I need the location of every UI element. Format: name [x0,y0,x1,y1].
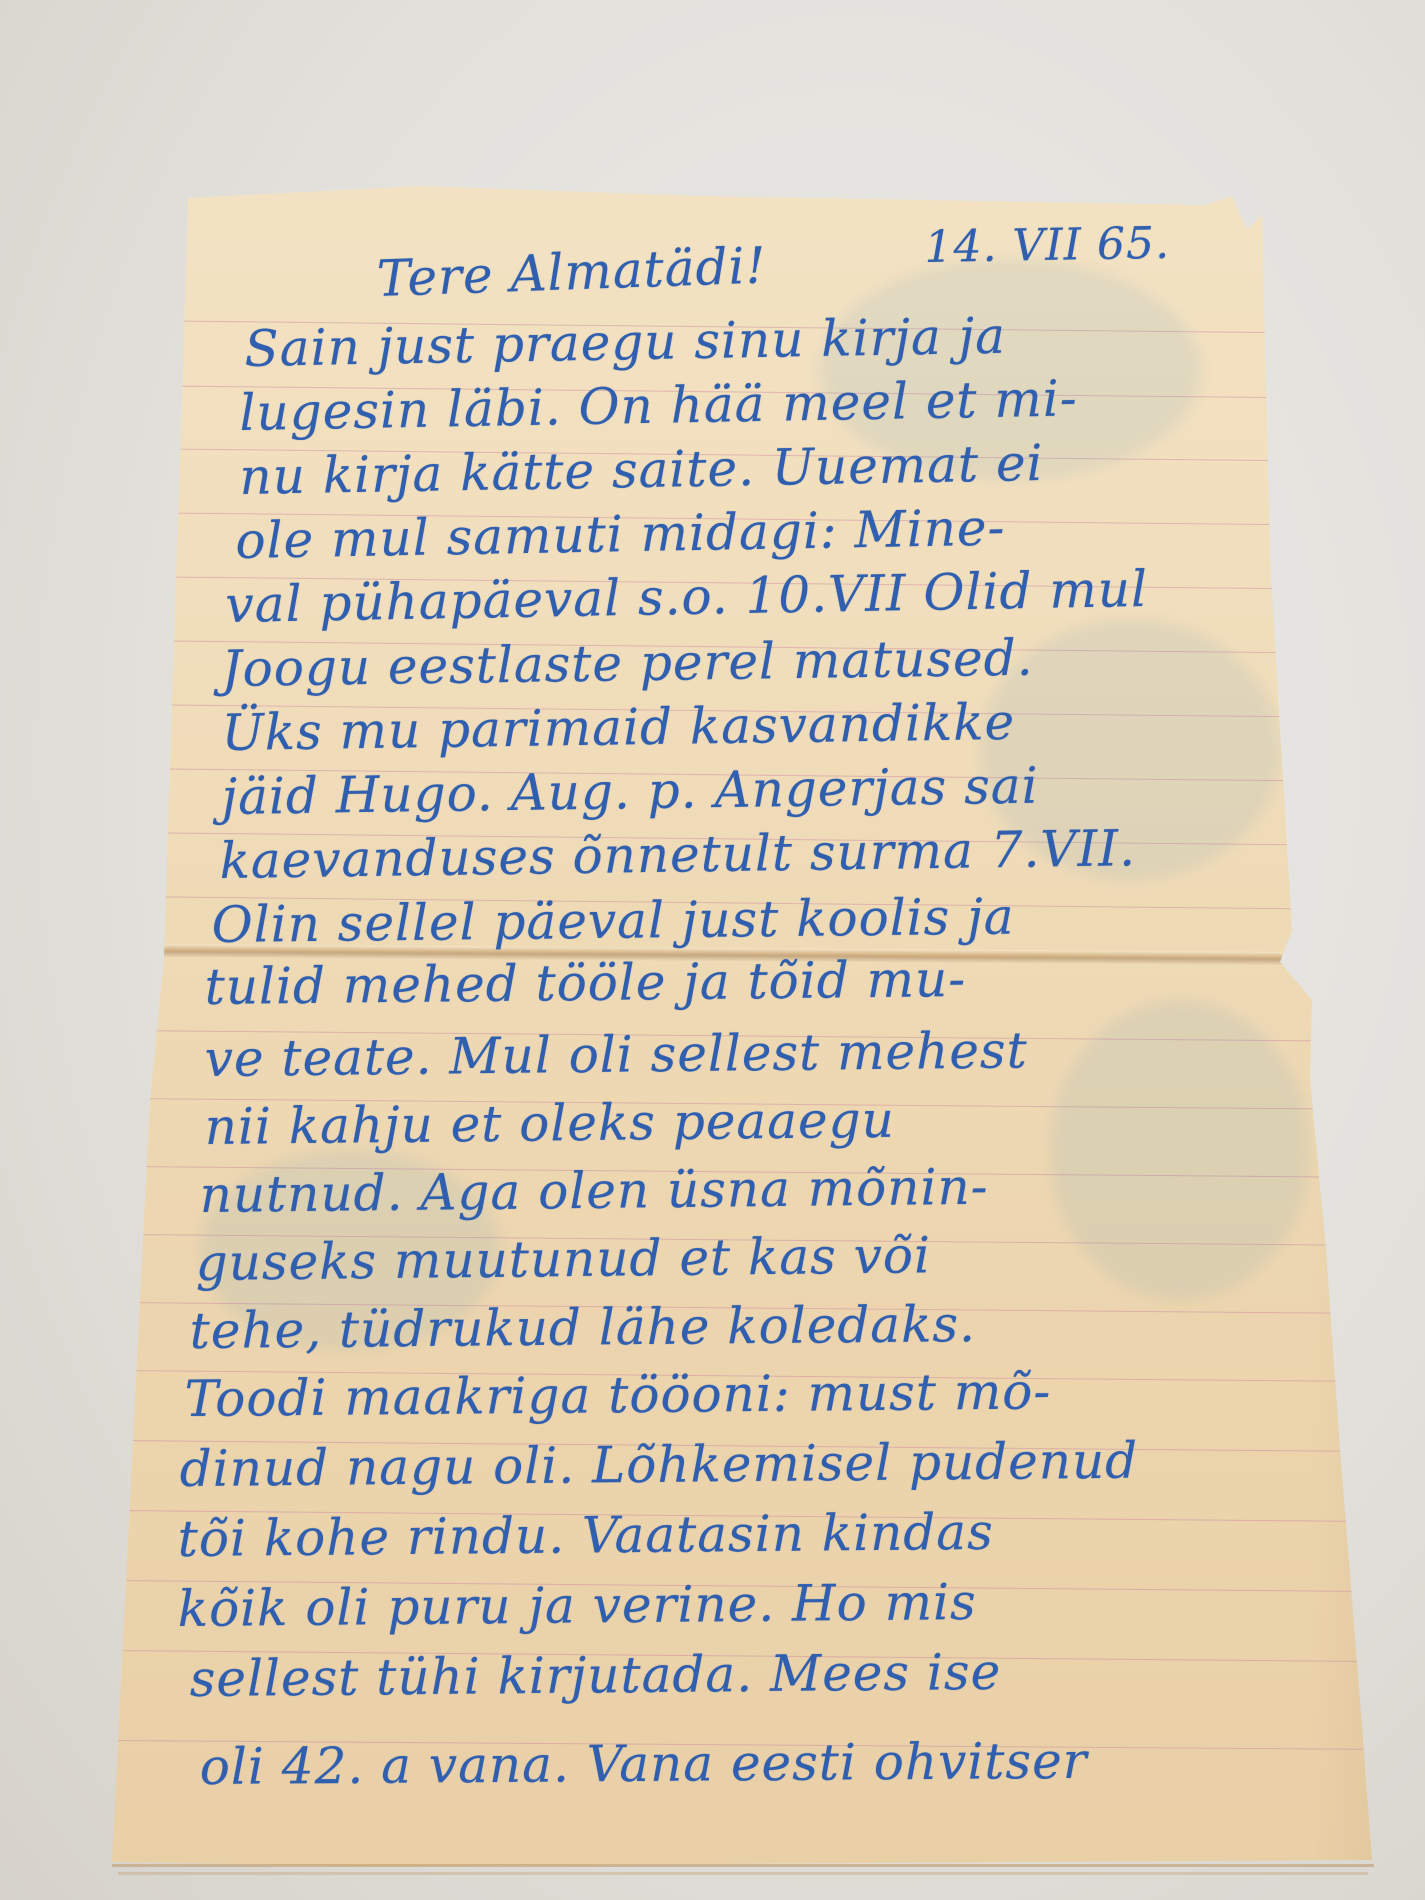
letter-greeting: Tere Almatädi! [376,236,768,308]
letter-line: nu kirja kätte saite. Uuemat ei [239,434,1044,506]
sheet-stack-edge [118,1872,1368,1875]
paper-surface: 14. VII 65. Tere Almatädi! Sain just pra… [0,0,1425,1900]
sheet-stack-edge [112,1864,1374,1867]
letter-line: sellest tühi kirjutada. Mees ise [189,1643,1001,1708]
letter-line: nii kahju et oleks peaaegu [204,1091,895,1156]
letter-line: kõik oli puru ja verine. Ho mis [177,1573,976,1638]
letter-line: Joogu eestlaste perel matused. [221,629,1034,698]
letter-line: Toodi maakriga tööoni: must mõ- [184,1362,1051,1428]
letter-line: kaevanduses õnnetult surma 7.VII. [219,819,1136,890]
letter-line: jäid Hugo. Aug. p. Angerjas sai [221,757,1039,826]
letter-line: nutnud. Aga olen üsna mõnin- [199,1158,988,1224]
letter-line: ve teate. Mul oli sellest mehest [204,1021,1028,1088]
letter-line: tehe, tüdrukud lähe koledaks. [189,1295,976,1360]
letter-line: tulid mehed tööle ja tõid mu- [204,950,966,1016]
letter-line: oli 42. a vana. Vana eesti ohvitser [200,1732,1088,1796]
letter-line: dinud nagu oli. Lõhkemisel pudenud [179,1432,1138,1498]
letter-date: 14. VII 65. [924,218,1170,273]
letter-line: Olin sellel päeval just koolis ja [211,888,1014,954]
letter-sheet: 14. VII 65. Tere Almatädi! Sain just pra… [0,0,1425,1900]
letter-line: val pühapäeval s.o. 10.VII Olid mul [225,560,1148,634]
letter-line: tõi kohe rindu. Vaatasin kindas [177,1503,993,1568]
ink-bleed-through [1050,1000,1310,1300]
letter-line: Üks mu parimaid kasvandikke [221,693,1015,762]
letter-line: ole mul samuti midagi: Mine- [235,499,1006,570]
letter-line: guseks muutunud et kas või [195,1226,931,1292]
